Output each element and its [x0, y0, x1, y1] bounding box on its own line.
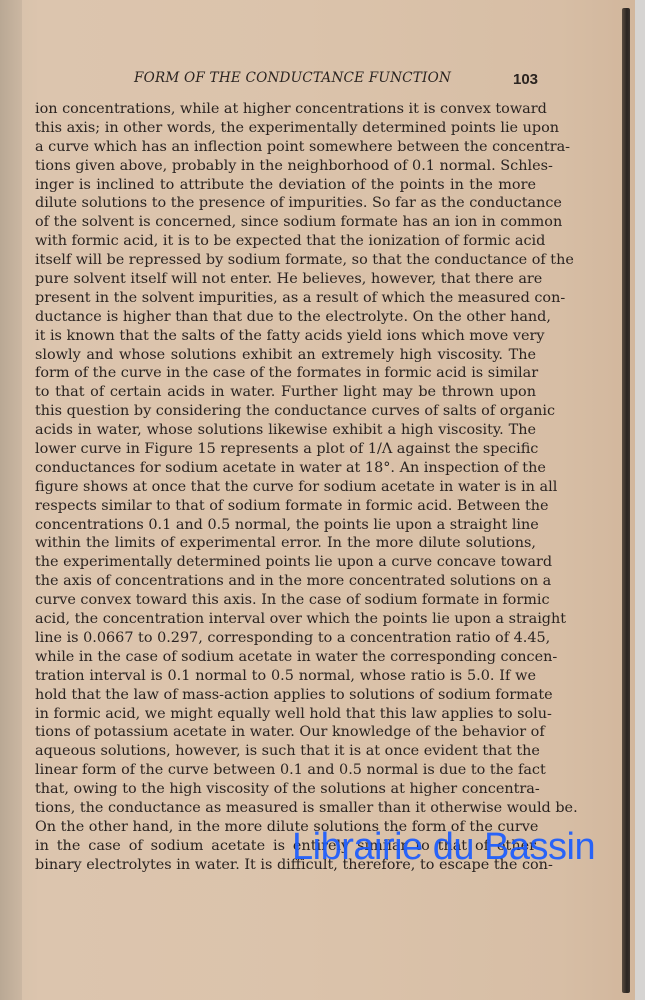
text-line: tions of potassium acetate in water. Our…	[35, 723, 536, 742]
text-line: the experimentally determined points lie…	[35, 553, 536, 572]
text-line: acid, the concentration interval over wh…	[35, 610, 536, 629]
text-line: within the limits of experimental error.…	[35, 534, 536, 553]
page-gutter	[0, 0, 22, 1000]
text-line: in formic acid, we might equally well ho…	[35, 705, 536, 724]
text-line: concentrations 0.1 and 0.5 normal, the p…	[35, 516, 536, 535]
text-line: itself will be repressed by sodium forma…	[35, 251, 536, 270]
text-line: of the solvent is concerned, since sodiu…	[35, 213, 536, 232]
text-line: curve convex toward this axis. In the ca…	[35, 591, 536, 610]
text-line: pure solvent itself will not enter. He b…	[35, 270, 536, 289]
running-head: FORM OF THE CONDUCTANCE FUNCTION	[134, 70, 539, 86]
text-line: to that of certain acids in water. Furth…	[35, 383, 536, 402]
text-line: tions given above, probably in the neigh…	[35, 157, 536, 176]
text-line: with formic acid, it is to be expected t…	[35, 232, 536, 251]
text-line: lower curve in Figure 15 represents a pl…	[35, 440, 536, 459]
text-line: a curve which has an inflection point so…	[35, 138, 536, 157]
text-line: while in the case of sodium acetate in w…	[35, 648, 536, 667]
text-line: the axis of concentrations and in the mo…	[35, 572, 536, 591]
text-line: acids in water, whose solutions likewise…	[35, 421, 536, 440]
text-line: this axis; in other words, the experimen…	[35, 119, 536, 138]
text-line: that, owing to the high viscosity of the…	[35, 780, 536, 799]
watermark: Librairie du Bassin	[292, 826, 595, 869]
text-line: present in the solvent impurities, as a …	[35, 289, 536, 308]
text-line: ductance is higher than that due to the …	[35, 308, 536, 327]
text-line: form of the curve in the case of the for…	[35, 364, 536, 383]
text-line: dilute solutions to the presence of impu…	[35, 194, 536, 213]
text-line: it is known that the salts of the fatty …	[35, 327, 536, 346]
text-line: slowly and whose solutions exhibit an ex…	[35, 346, 536, 365]
text-line: respects similar to that of sodium forma…	[35, 497, 536, 516]
book-edge	[622, 8, 630, 993]
text-line: ion concentrations, while at higher conc…	[35, 100, 536, 119]
text-line: hold that the law of mass-action applies…	[35, 686, 536, 705]
page-number: 103	[513, 71, 538, 88]
body-text: ion concentrations, while at higher conc…	[35, 100, 536, 875]
book-page: FORM OF THE CONDUCTANCE FUNCTION 103 ion…	[0, 0, 635, 1000]
text-line: figure shows at once that the curve for …	[35, 478, 536, 497]
text-line: this question by considering the conduct…	[35, 402, 536, 421]
text-line: linear form of the curve between 0.1 and…	[35, 761, 536, 780]
text-line: aqueous solutions, however, is such that…	[35, 742, 536, 761]
text-line: tration interval is 0.1 normal to 0.5 no…	[35, 667, 536, 686]
text-line: conductances for sodium acetate in water…	[35, 459, 536, 478]
text-line: tions, the conductance as measured is sm…	[35, 799, 536, 818]
text-line: line is 0.0667 to 0.297, corresponding t…	[35, 629, 536, 648]
text-line: inger is inclined to attribute the devia…	[35, 176, 536, 195]
